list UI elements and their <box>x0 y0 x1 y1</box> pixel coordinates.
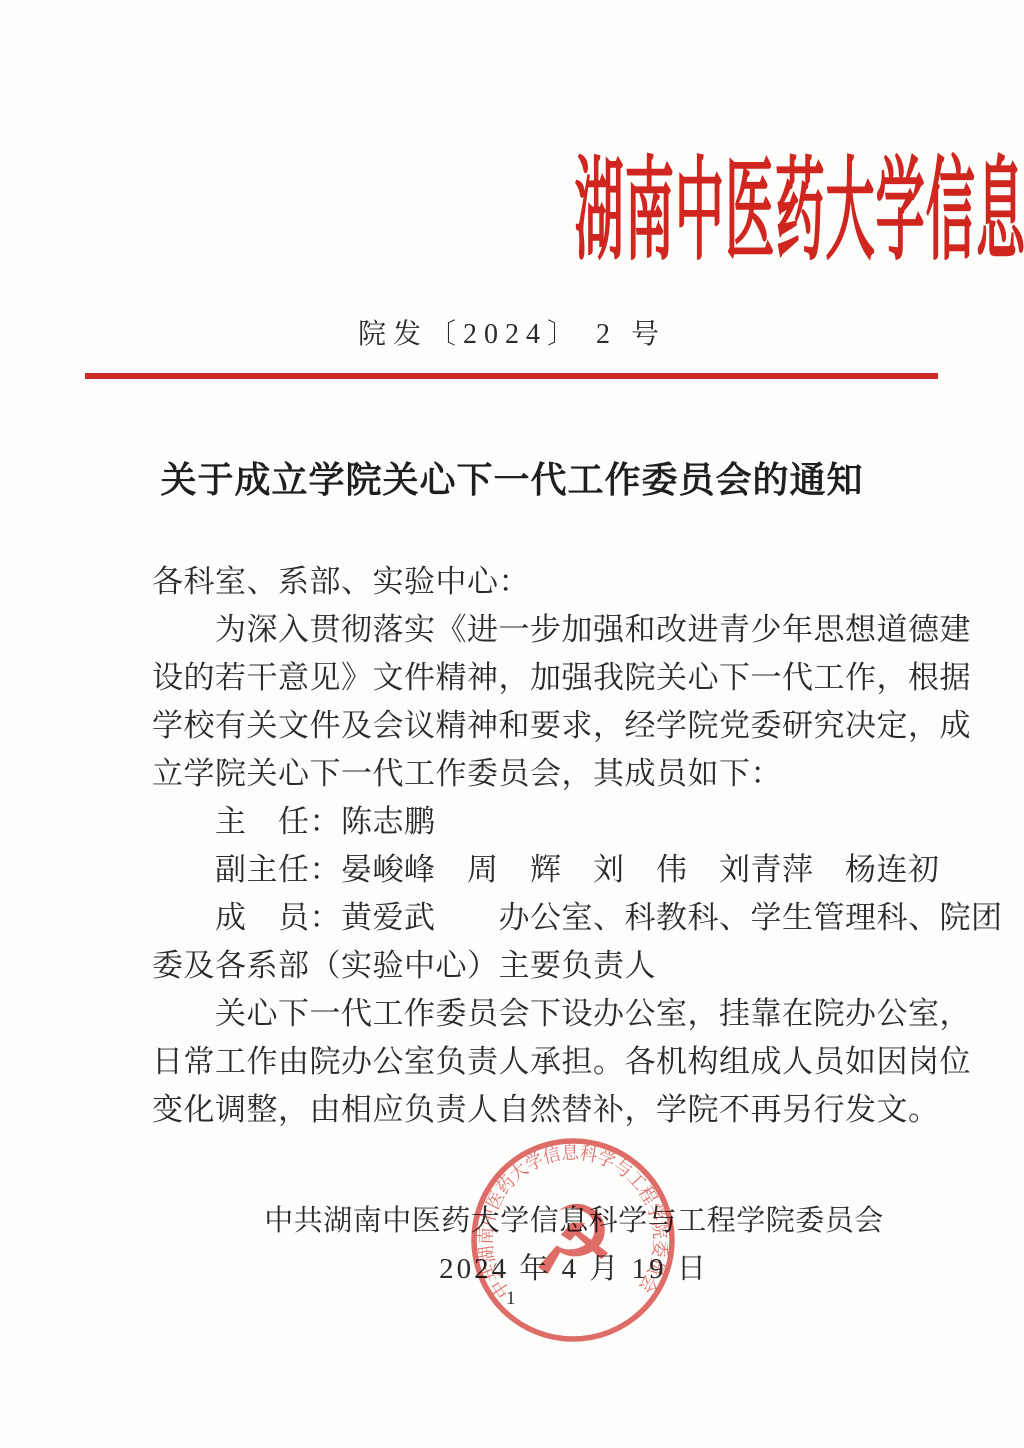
body-line: 副主任：晏峻峰 周 辉 刘 伟 刘青萍 杨连初 <box>152 846 912 894</box>
body-line: 委及各系部（实验中心）主要负责人 <box>152 942 912 990</box>
body-line: 变化调整，由相应负责人自然替补，学院不再另行发文。 <box>152 1086 912 1134</box>
body-line: 日常工作由院办公室负责人承担。各机构组成人员如因岗位 <box>152 1038 912 1086</box>
red-divider-rule <box>85 373 938 379</box>
official-seal: 中共湖南中医药大学信息科学与工程学院委员会 ☭ <box>467 1134 679 1346</box>
body-line: 学校有关文件及会议精神和要求，经学院党委研究决定，成 <box>152 702 912 750</box>
seal-ring <box>474 1141 672 1339</box>
body-line: 主 任：陈志鹏 <box>152 798 912 846</box>
letterhead: 湖南中医药大学信息科学与工程学院文件 <box>0 150 1024 275</box>
notice-title: 关于成立学院关心下一代工作委员会的通知 <box>0 452 1024 503</box>
notice-body: 各科室、系部、实验中心： 为深入贯彻落实《进一步加强和改进青少年思想道德建 设的… <box>152 558 912 1134</box>
body-line: 成 员：黄爱武 办公室、科教科、学生管理科、院团 <box>152 894 912 942</box>
signature-date: 2024 年 4 月 19 日 <box>0 1246 1024 1287</box>
body-line: 各科室、系部、实验中心： <box>152 558 912 606</box>
document-page: 湖南中医药大学信息科学与工程学院文件 院发〔2024〕 2 号 关于成立学院关心… <box>0 0 1024 1448</box>
letterhead-org-title: 湖南中医药大学信息科学与工程学院文件 <box>575 150 1024 275</box>
signature-committee: 中共湖南中医药大学信息科学与工程学院委员会 <box>0 1198 1024 1239</box>
body-line: 设的若干意见》文件精神，加强我院关心下一代工作，根据 <box>152 654 912 702</box>
page-number: 1 <box>506 1288 516 1310</box>
document-number: 院发〔2024〕 2 号 <box>0 312 1024 352</box>
body-line: 关心下一代工作委员会下设办公室，挂靠在院办公室， <box>152 990 912 1038</box>
body-line: 为深入贯彻落实《进一步加强和改进青少年思想道德建 <box>152 606 912 654</box>
body-line: 立学院关心下一代工作委员会，其成员如下： <box>152 750 912 798</box>
